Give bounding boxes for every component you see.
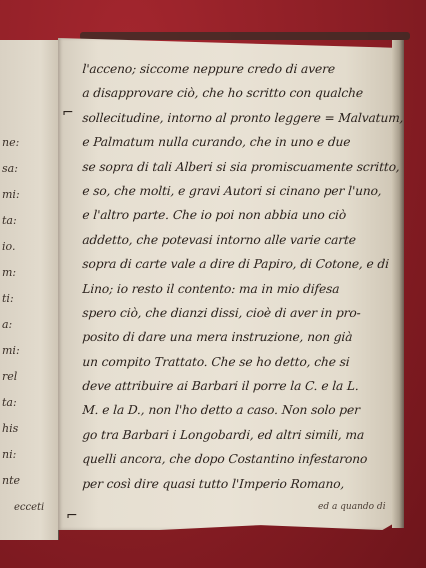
- manuscript-text: l'acceno; siccome neppure credo di avere…: [82, 62, 402, 501]
- margin-mark: ⌐: [66, 508, 78, 524]
- text-line: e l'altro parte. Che io poi non abbia un…: [81, 208, 403, 232]
- catchword: ed a quando di: [318, 502, 386, 512]
- text-line: deve attribuire ai Barbari il porre la C…: [81, 379, 403, 403]
- margin-mark: ⌐: [62, 105, 74, 121]
- text-line: Lino; io resto il contento: ma in mio di…: [81, 282, 403, 306]
- left-page-text: ta:: [2, 214, 17, 227]
- page-top-edge: [80, 32, 410, 40]
- left-page-text: his: [2, 422, 18, 435]
- text-line: e so, che molti, e gravi Autori si cinan…: [81, 184, 403, 208]
- text-line: l'acceno; siccome neppure credo di avere: [81, 62, 403, 86]
- text-line: posito di dare una mera instruzione, non…: [81, 330, 403, 354]
- left-page-text: ta:: [2, 396, 17, 409]
- left-page-text: ne:: [2, 136, 19, 149]
- left-page-catchword: ecceti: [14, 502, 44, 513]
- text-line: spero ciò, che dianzi dissi, cioè di ave…: [81, 306, 403, 330]
- text-line: se sopra di tali Alberi si sia promiscua…: [81, 160, 403, 184]
- text-line: a disapprovare ciò, che ho scritto con q…: [81, 86, 403, 110]
- left-page-text: io.: [2, 240, 15, 253]
- text-line: per così dire quasi tutto l'Imperio Roma…: [81, 477, 403, 501]
- left-page-text: mi:: [2, 344, 20, 357]
- left-page-text: ti:: [2, 292, 14, 305]
- text-line: e Palmatum nulla curando, che in uno e d…: [81, 135, 403, 159]
- left-page-text: mi:: [2, 188, 20, 201]
- text-line: addetto, che potevasi intorno alle varie…: [81, 233, 403, 257]
- text-line: sollecitudine, intorno al pronto leggere…: [81, 111, 403, 135]
- left-page-text: ni:: [2, 448, 16, 461]
- text-line: go tra Barbari i Longobardi, ed altri si…: [81, 428, 403, 452]
- text-line: un compito Trattato. Che se ho detto, ch…: [81, 355, 403, 379]
- text-line: M. e la D., non l'ho detto a caso. Non s…: [81, 403, 403, 427]
- left-page-text: sa:: [2, 162, 18, 175]
- left-page-text: a:: [2, 318, 12, 331]
- left-page-fragment: ne: sa: mi: ta: io. m: ti: a: mi: rel ta…: [0, 40, 59, 540]
- left-page-text: m:: [2, 266, 16, 279]
- left-page-text: nte: [2, 474, 20, 487]
- text-line: sopra di carte vale a dire di Papiro, di…: [81, 257, 403, 281]
- text-line: quelli ancora, che dopo Costantino infes…: [81, 452, 403, 476]
- left-page-text: rel: [2, 370, 17, 383]
